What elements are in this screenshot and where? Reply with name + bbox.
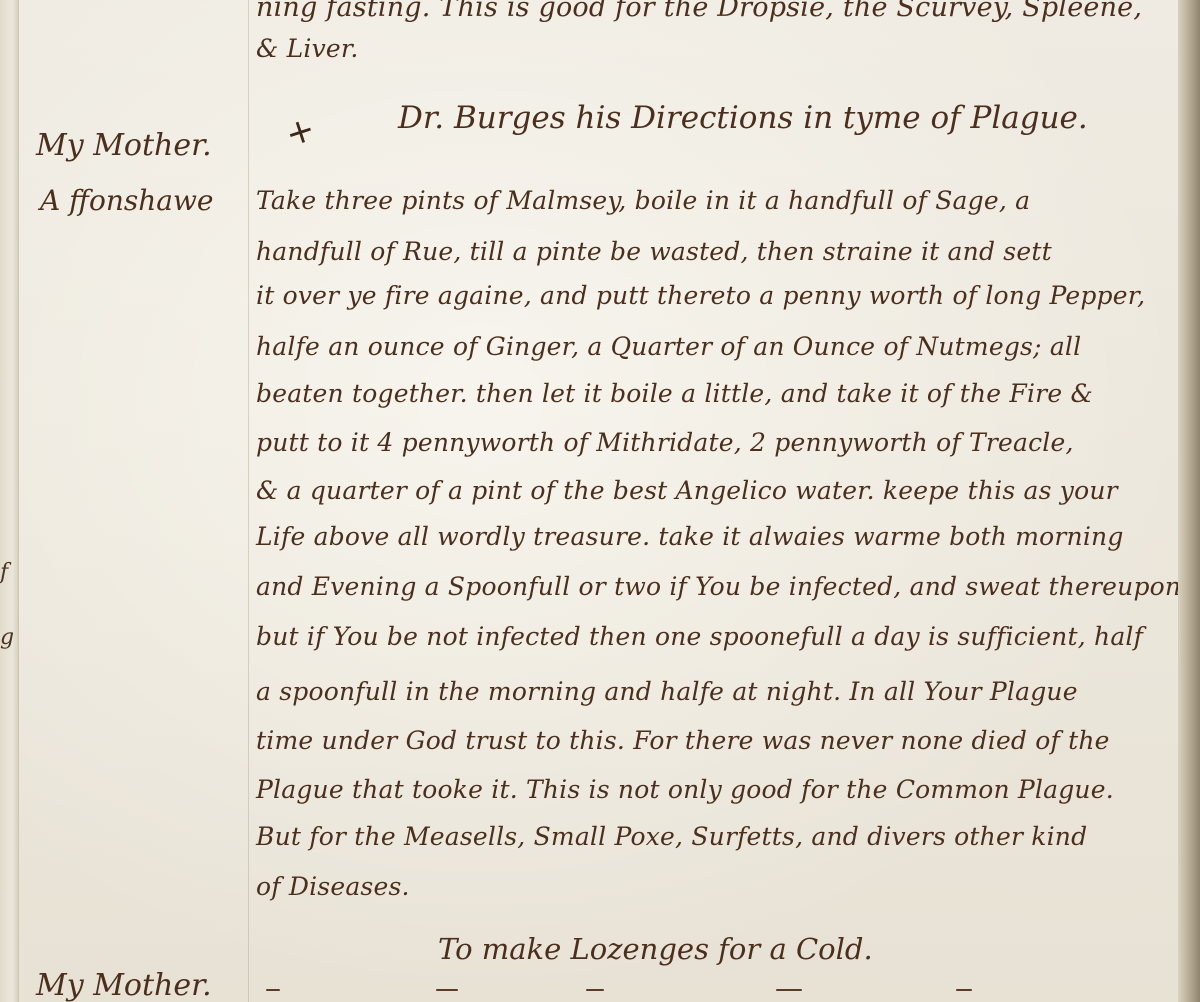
margin-rule	[248, 0, 249, 1002]
manuscript-page: f g ning fasting. This is good for the D…	[0, 0, 1200, 1002]
binding-gutter	[1178, 0, 1200, 1002]
continuation-line-2: & Liver.	[256, 34, 358, 63]
recipe-line: Plague that tooke it. This is not only g…	[256, 775, 1114, 804]
recipe-line: & a quarter of a pint of the best Angeli…	[256, 476, 1118, 505]
cross-mark-icon: +	[281, 109, 320, 156]
recipe-line: time under God trust to this. For there …	[256, 726, 1110, 755]
recipe-line: Take three pints of Malmsey, boile in it…	[256, 186, 1030, 215]
recipe-line: beaten together. then let it boile a lit…	[256, 379, 1093, 408]
recipe-line: of Diseases.	[256, 872, 410, 901]
margin-attribution-name: A ffonshawe	[40, 184, 213, 217]
recipe-line: But for the Measells, Small Poxe, Surfet…	[256, 822, 1087, 851]
recipe-line: putt to it 4 pennyworth of Mithridate, 2…	[256, 428, 1074, 457]
margin-attribution: My Mother.	[36, 128, 212, 163]
recipe-line: and Evening a Spoonfull or two if You be…	[256, 572, 1181, 601]
facing-page-fragment: g	[0, 625, 18, 650]
recipe-line: it over ye fire againe, and putt thereto…	[256, 281, 1145, 310]
recipe-line: a spoonfull in the morning and halfe at …	[256, 677, 1078, 706]
continuation-line-1: ning fasting. This is good for the Drops…	[256, 0, 1142, 23]
recipe-title: To make Lozenges for a Cold.	[438, 932, 873, 966]
margin-attribution: My Mother.	[36, 968, 212, 1002]
recipe-line: handfull of Rue, till a pinte be wasted,…	[256, 237, 1052, 266]
recipe-line: but if You be not infected then one spoo…	[256, 622, 1143, 651]
facing-page-fragment: f	[0, 560, 18, 585]
recipe-line: halfe an ounce of Ginger, a Quarter of a…	[256, 332, 1081, 361]
recipe-line: Life above all wordly treasure. take it …	[256, 522, 1124, 551]
facing-page-edge: f g	[0, 0, 19, 1002]
recipe-title: Dr. Burges his Directions in tyme of Pla…	[398, 100, 1088, 136]
cut-off-line	[256, 985, 1156, 1002]
